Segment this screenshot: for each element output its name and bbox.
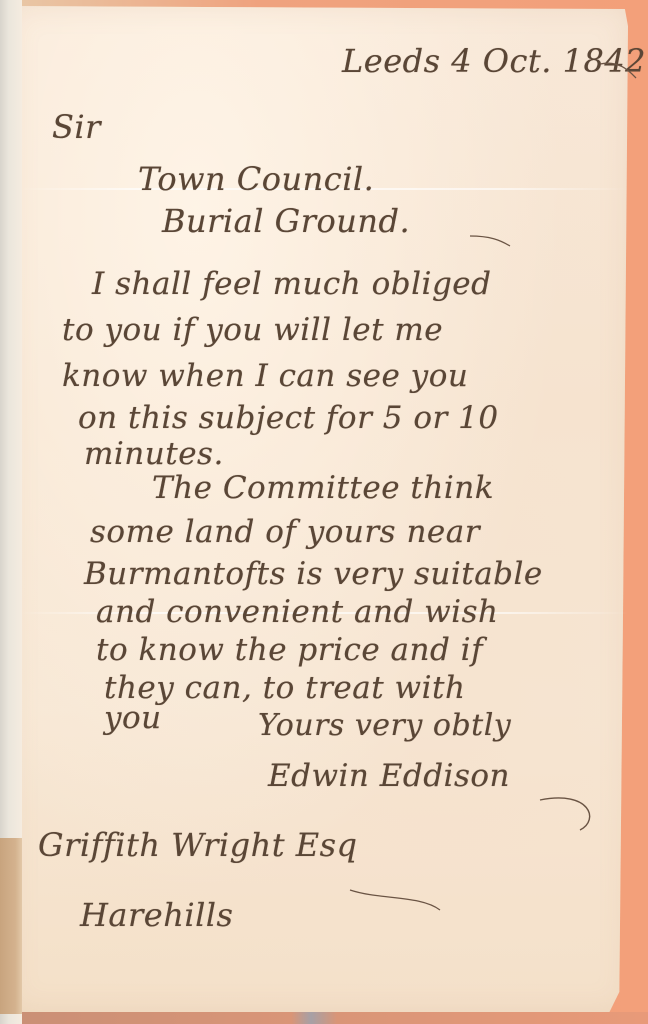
addressee-name: Griffith Wright Esq bbox=[38, 826, 358, 864]
body-line: minutes. bbox=[84, 436, 224, 472]
body-line: The Committee think bbox=[152, 470, 494, 506]
addressee-location: Harehills bbox=[80, 896, 233, 934]
dateline: Leeds 4 Oct. 1842 bbox=[342, 42, 646, 80]
repair-tape bbox=[0, 838, 22, 1014]
signature: Edwin Eddison bbox=[268, 758, 510, 794]
subject-line-2: Burial Ground. bbox=[162, 202, 410, 240]
body-line: Burmantofts is very suitable bbox=[84, 556, 543, 592]
body-line: on this subject for 5 or 10 bbox=[78, 400, 499, 436]
body-line: to know the price and if bbox=[96, 632, 483, 668]
body-line: you bbox=[104, 700, 162, 736]
body-line: some land of yours near bbox=[90, 514, 480, 550]
bottom-edge-strip bbox=[0, 1012, 648, 1024]
subject-line-1: Town Council. bbox=[138, 160, 374, 198]
closing: Yours very obtly bbox=[258, 708, 511, 743]
salutation: Sir bbox=[52, 108, 101, 146]
body-line: and convenient and wish bbox=[96, 594, 498, 630]
body-line: know when I can see you bbox=[62, 358, 468, 394]
body-line: I shall feel much obliged bbox=[92, 266, 492, 302]
body-line: to you if you will let me bbox=[62, 312, 443, 348]
